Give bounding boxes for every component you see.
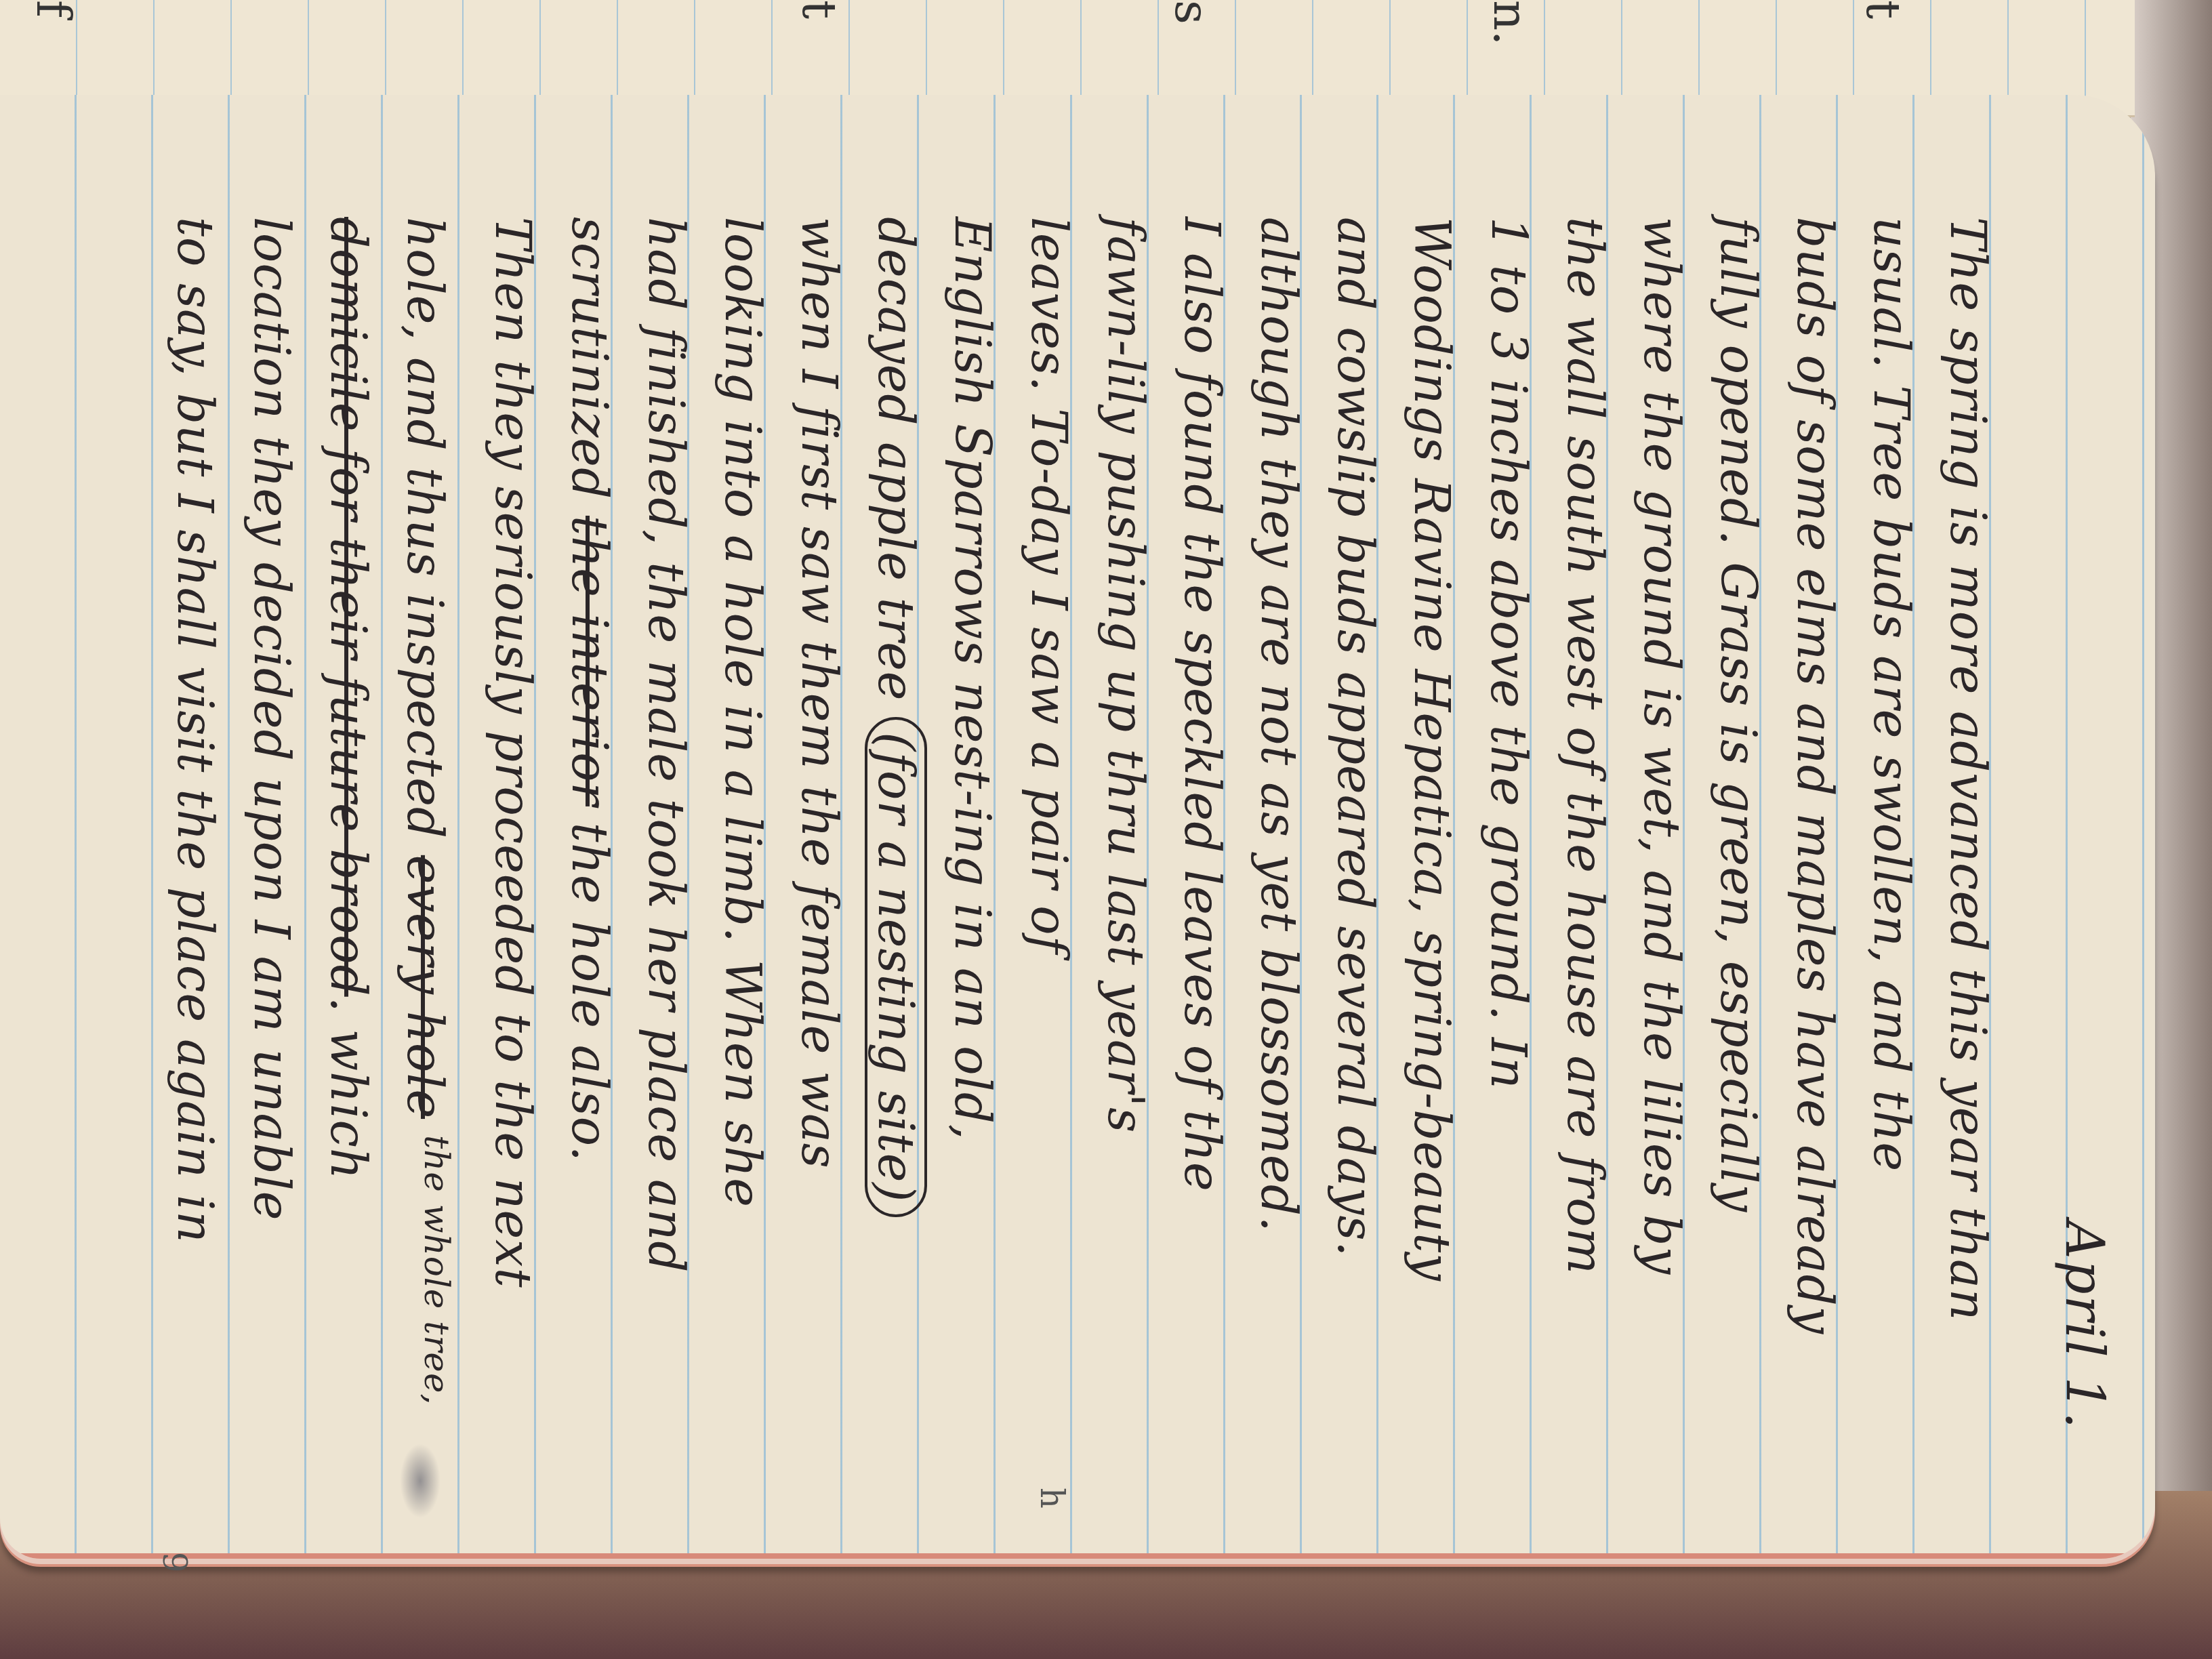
text-line: The spring is more advanced this year th…	[1929, 217, 2006, 1559]
line-text: hole, and thus inspected	[396, 217, 453, 855]
text-line: hole, and thus inspected every hole the …	[386, 217, 474, 1559]
struck-text: the interior	[561, 516, 618, 806]
text-line: Woodings Ravine Hepatica, spring-beauty	[1393, 217, 1470, 1559]
text-line: English Sparrows nest-ing in an old,	[934, 217, 1010, 1559]
text-line: where the ground is wet, and the lilies …	[1623, 217, 1700, 1559]
text-line: the wall south west of the house are fro…	[1547, 217, 1623, 1559]
text-line: location they decided upon I am unable	[233, 217, 310, 1559]
text-line: to say, but I shall visit the place agai…	[157, 217, 233, 1559]
text-line: when I first saw them the female was	[781, 217, 857, 1559]
circled-annotation: (for a nesting site)	[865, 717, 927, 1217]
journal-entry: April 1. The spring is more advanced thi…	[157, 217, 2121, 1559]
previous-page-fragment: t	[1856, 0, 1911, 19]
line-text: English Sparrows nest-ing in an old,	[944, 217, 1001, 1141]
text-line: I also found the speckled leaves of the	[1164, 217, 1240, 1559]
line-text: . which	[320, 997, 377, 1181]
text-line: decayed apple tree (for a nesting site)	[857, 217, 934, 1559]
entry-date: April 1.	[2006, 217, 2121, 1559]
journal-page: April 1. The spring is more advanced thi…	[0, 95, 2155, 1559]
struck-text: domicile for their future brood	[320, 217, 377, 997]
margin-mark: h	[1033, 1488, 1071, 1509]
inserted-text: the whole tree,	[417, 1135, 456, 1405]
line-text: decayed apple tree	[867, 217, 924, 717]
text-line: and cowslip buds appeared several days.	[1317, 217, 1393, 1559]
text-line: 1 to 3 inches above the ground. In	[1470, 217, 1547, 1559]
text-line: buds of some elms and maples have alread…	[1776, 217, 1853, 1559]
text-line: had finished, the male took her place an…	[628, 217, 704, 1559]
text-line: looking into a hole in a limb. When she	[704, 217, 781, 1559]
struck-text: every hole	[396, 855, 453, 1119]
text-line: Then they seriously proceeded to the nex…	[474, 217, 551, 1559]
previous-page-fragment: s	[1164, 0, 1220, 24]
text-line: fully opened. Grass is green, especially	[1700, 217, 1776, 1559]
line-text: the hole also.	[561, 806, 618, 1162]
previous-page-fragment: t	[792, 0, 847, 19]
text-line: scrutinized the interior the hole also.	[551, 217, 628, 1559]
text-line: fawn-lily pushing up thru last year's	[1087, 217, 1164, 1559]
margin-mark: 9	[155, 1552, 193, 1573]
previous-page-fragment: n.	[1483, 0, 1538, 45]
text-line: domicile for their future brood. which	[310, 217, 386, 1559]
text-line: although they are not as yet blossomed.	[1240, 217, 1317, 1559]
line-text: scrutinized	[561, 217, 618, 516]
text-line: leaves. To-day I saw a pair of	[1010, 217, 1087, 1559]
text-line: usual. Tree buds are swollen, and the	[1853, 217, 1929, 1559]
previous-page-fragment: f	[26, 0, 81, 18]
